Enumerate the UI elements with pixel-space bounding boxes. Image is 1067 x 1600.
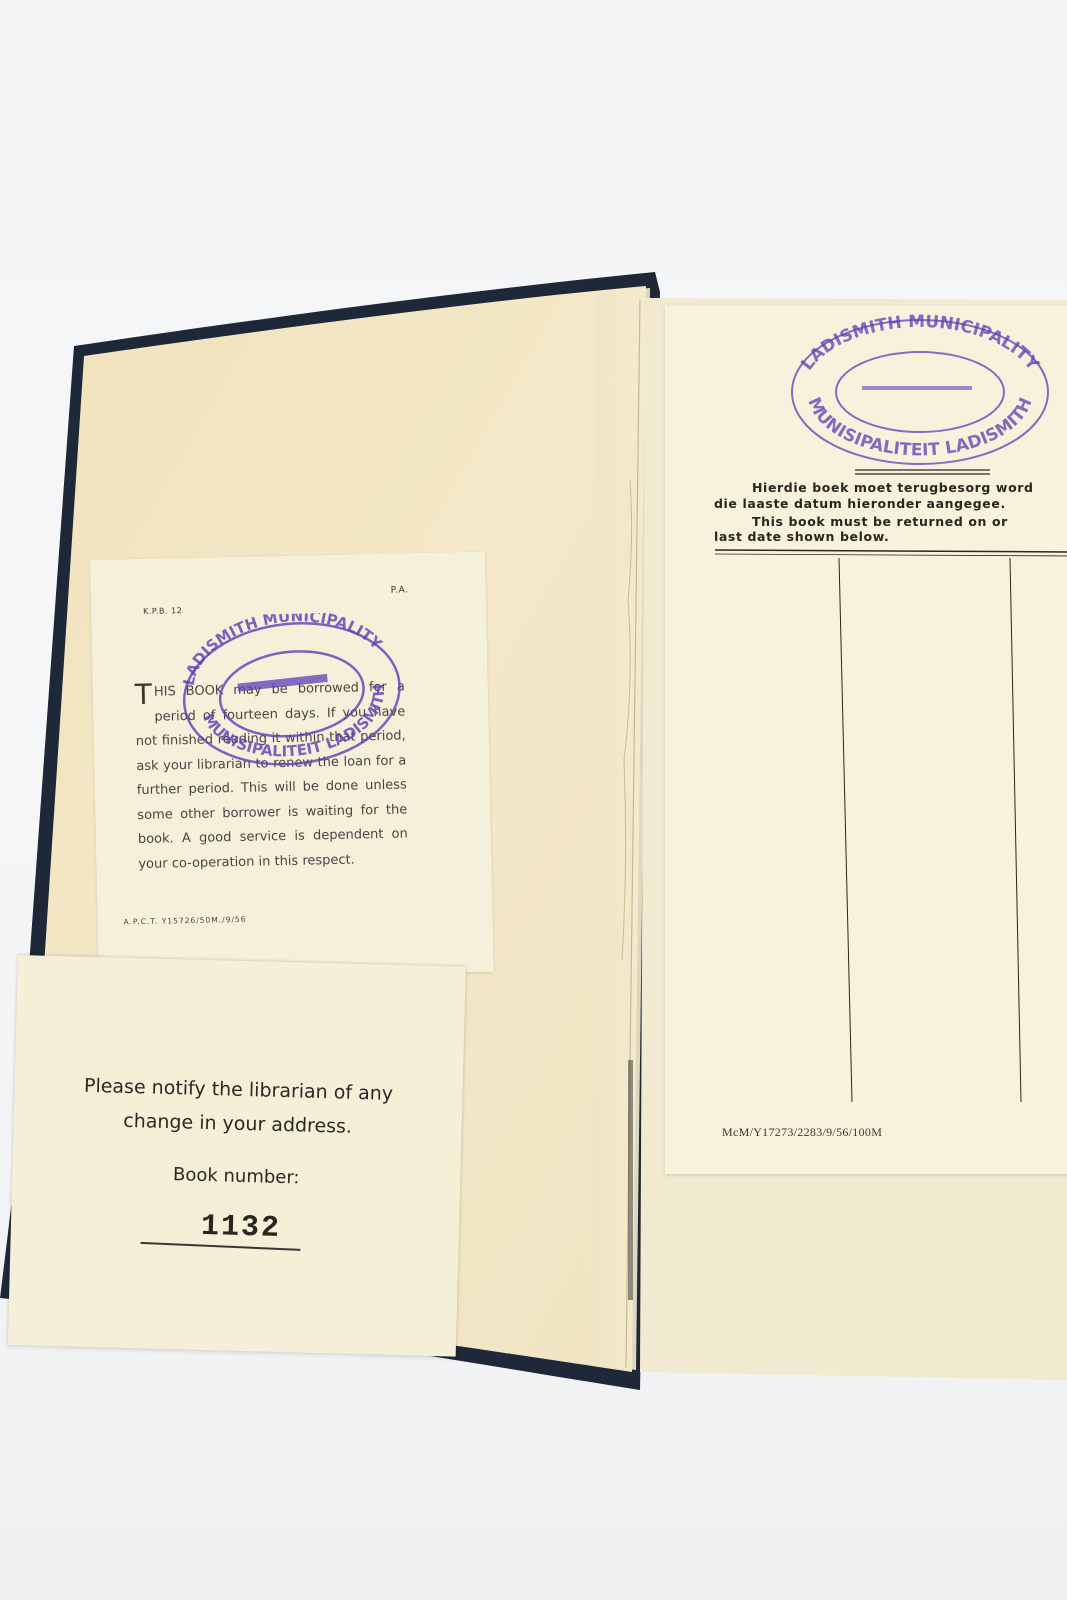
book-number-label: Book number: xyxy=(12,1160,460,1193)
open-book-scene: LADISMITH MUNICIPALITY MUNISIPALITEIT LA… xyxy=(0,0,1067,1600)
english-notice-line1: This book must be returned on or xyxy=(752,514,1008,529)
pocket-notice-line2: change in your address. xyxy=(13,1107,461,1141)
slip-print-code: McM/Y17273/2283/9/56/100M xyxy=(722,1125,882,1140)
card-print-code: A.P.C.T. Y15726/50M./9/56 xyxy=(123,915,246,927)
svg-text:LADISMITH MUNICIPALITY: LADISMITH MUNICIPALITY xyxy=(175,611,389,689)
corner-mark: P.A. xyxy=(391,585,409,595)
card-pocket: Please notify the librarian of any chang… xyxy=(8,955,466,1357)
book-number-value: 1132 xyxy=(201,1210,282,1246)
municipal-stamp-slip: LADISMITH MUNICIPALITY MUNISIPALITEIT LA… xyxy=(780,310,1067,480)
dropcap: T xyxy=(135,681,153,709)
english-notice-line2: last date shown below. xyxy=(714,529,889,544)
afrikaans-notice-line1: Hierdie boek moet terugbesorg word xyxy=(752,480,1034,495)
svg-text:LADISMITH MUNICIPALITY: LADISMITH MUNICIPALITY xyxy=(797,312,1043,375)
afrikaans-notice-line2: die laaste datum hieronder aangegee. xyxy=(714,496,1006,511)
pocket-notice-line1: Please notify the librarian of any xyxy=(14,1073,462,1107)
borrower-card: K.P.B. 12 P.A. THIS BOOK may be borrowed… xyxy=(90,552,494,980)
svg-text:MUNISIPALITEIT LADISMITH: MUNISIPALITEIT LADISMITH xyxy=(197,683,394,770)
form-code: K.P.B. 12 xyxy=(143,606,182,616)
municipal-stamp-card: LADISMITH MUNICIPALITY MUNISIPALITEIT LA… xyxy=(175,611,408,776)
svg-text:MUNISIPALITEIT LADISMITH: MUNISIPALITEIT LADISMITH xyxy=(803,395,1036,461)
